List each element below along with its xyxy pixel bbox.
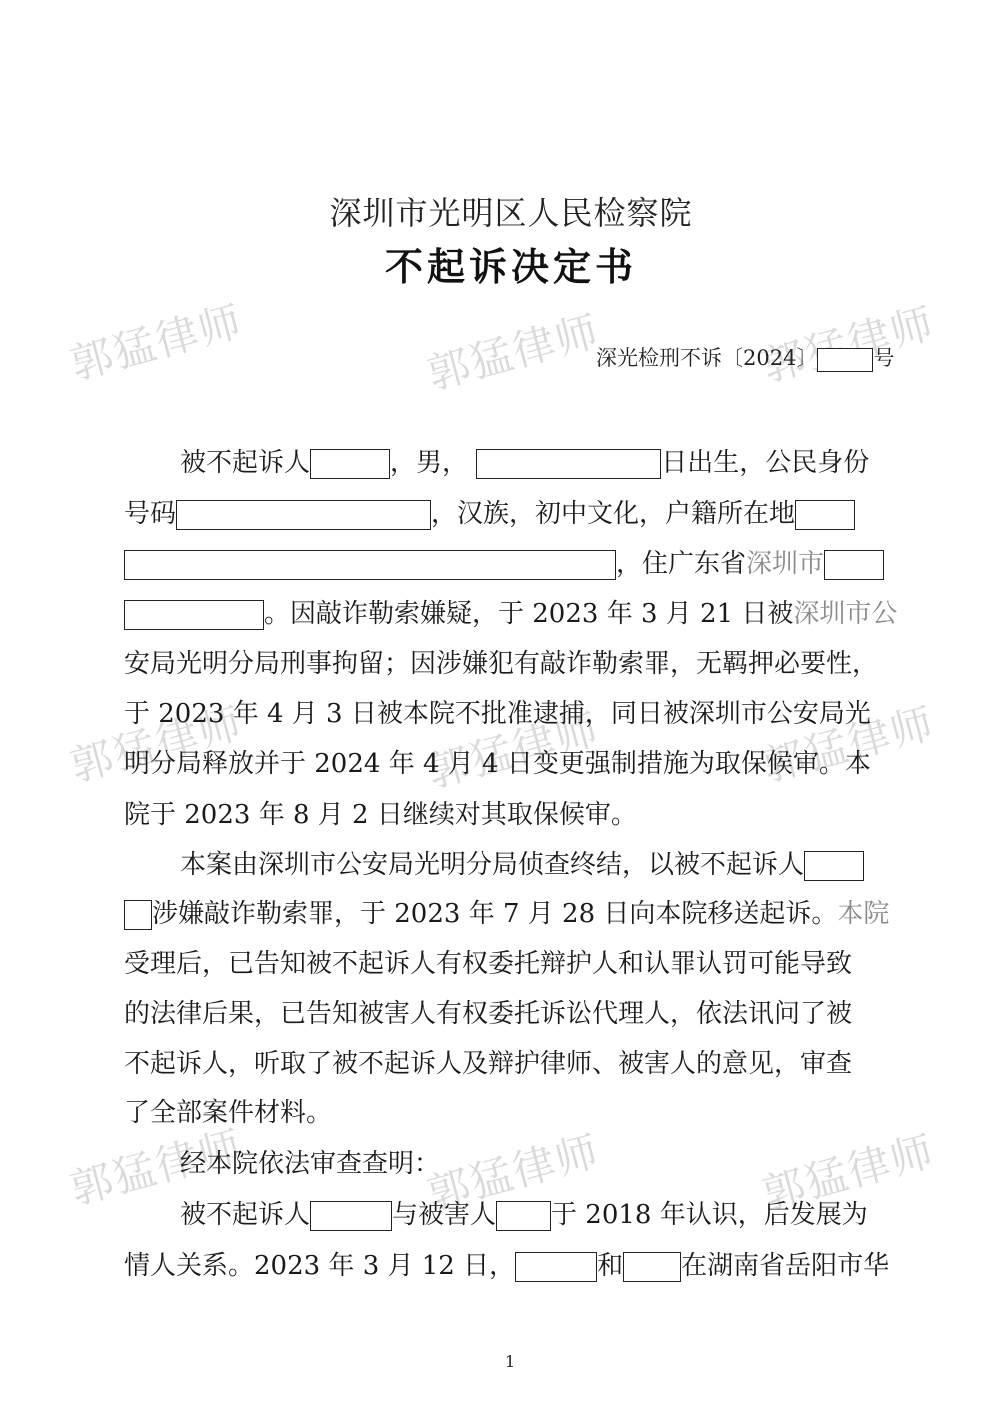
redacted-box: [310, 449, 390, 479]
text: ，汉族，初中文化，户籍所在地: [431, 499, 795, 529]
redacted-box: [824, 550, 884, 580]
text: ，住广东省: [616, 549, 746, 579]
text-line: 经本院依法审查查明：: [180, 1144, 440, 1184]
organization-name: 深圳市光明区人民检察院: [0, 188, 1000, 234]
redacted-box: [310, 1201, 392, 1231]
text-line: 于 2023 年 4 月 3 日被本院不批准逮捕，同日被深圳市公安局光: [124, 694, 871, 734]
watermark: 郭猛律师: [420, 298, 606, 402]
redacted-box: [496, 1201, 551, 1231]
text-line: ，住广东省深圳市: [124, 544, 884, 584]
text-line: 的法律后果，已告知被害人有权委托诉讼代理人，依法讯问了被: [124, 994, 852, 1034]
doc-number-suffix: 号: [873, 346, 894, 370]
text: 号码: [124, 499, 176, 529]
text: 被不起诉人: [180, 448, 310, 478]
watermark: 郭猛律师: [63, 288, 249, 392]
text: 被不起诉人: [180, 1200, 310, 1230]
text: 本院: [837, 899, 889, 929]
redacted-box: [176, 500, 431, 530]
page-number: 1: [505, 1352, 515, 1371]
text-line: 号码，汉族，初中文化，户籍所在地: [124, 494, 855, 534]
text: 涉嫌敲诈勒索罪，于 2023 年 7 月 28 日向本院移送起诉。: [152, 899, 837, 929]
redacted-box: [124, 600, 264, 630]
document-number: 深光检刑不诉〔2024〕号: [596, 342, 894, 372]
text-line: 被不起诉人与被害人于 2018 年认识，后发展为: [180, 1195, 868, 1235]
text-line: 。因敲诈勒索嫌疑，于 2023 年 3 月 21 日被深圳市公: [124, 594, 897, 634]
text-line: 院于 2023 年 8 月 2 日继续对其取保候审。: [124, 795, 637, 835]
text: 深圳市: [746, 549, 824, 579]
redacted-box: [124, 550, 616, 580]
redacted-box: [515, 1252, 597, 1282]
redacted-box: [804, 851, 864, 881]
text-line: 了全部案件材料。: [124, 1093, 332, 1133]
redacted-box: [124, 900, 152, 930]
text: 在湖南省岳阳市华: [681, 1251, 889, 1281]
text-line: 涉嫌敲诈勒索罪，于 2023 年 7 月 28 日向本院移送起诉。本院: [124, 894, 889, 934]
text-line: 被不起诉人，男， 日出生，公民身份: [180, 443, 869, 483]
text-line: 明分局释放并于 2024 年 4 月 4 日变更强制措施为取保候审。本: [124, 744, 871, 784]
text-line: 受理后，已告知被不起诉人有权委托辩护人和认罪认罚可能导致: [124, 944, 852, 984]
redacted-box: [817, 348, 873, 372]
text: ，男，: [390, 448, 468, 478]
redacted-box: [476, 449, 661, 479]
text: 与被害人: [392, 1200, 496, 1230]
doc-number-prefix: 深光检刑不诉〔2024〕: [596, 346, 817, 370]
text: 日出生，公民身份: [661, 448, 869, 478]
text-line: 本案由深圳市公安局光明分局侦查终结，以被不起诉人: [180, 845, 864, 885]
text-line: 情人关系。2023 年 3 月 12 日，和在湖南省岳阳市华: [124, 1246, 889, 1286]
text: 和: [597, 1251, 623, 1281]
text-line: 安局光明分局刑事拘留；因涉嫌犯有敲诈勒索罪，无羁押必要性，: [124, 644, 878, 684]
text: 。因敲诈勒索嫌疑，于 2023 年 3 月 21 日被: [264, 599, 793, 629]
text-line: 不起诉人，听取了被不起诉人及辩护律师、被害人的意见，审查: [124, 1044, 852, 1084]
text: 情人关系。2023 年 3 月 12 日，: [124, 1251, 515, 1281]
text: 本案由深圳市公安局光明分局侦查终结，以被不起诉人: [180, 850, 804, 880]
text: 深圳市公: [793, 599, 897, 629]
text: 于 2018 年认识，后发展为: [551, 1200, 868, 1230]
redacted-box: [623, 1252, 681, 1282]
document-title: 不起诉决定书: [0, 236, 1000, 291]
redacted-box: [795, 500, 855, 530]
